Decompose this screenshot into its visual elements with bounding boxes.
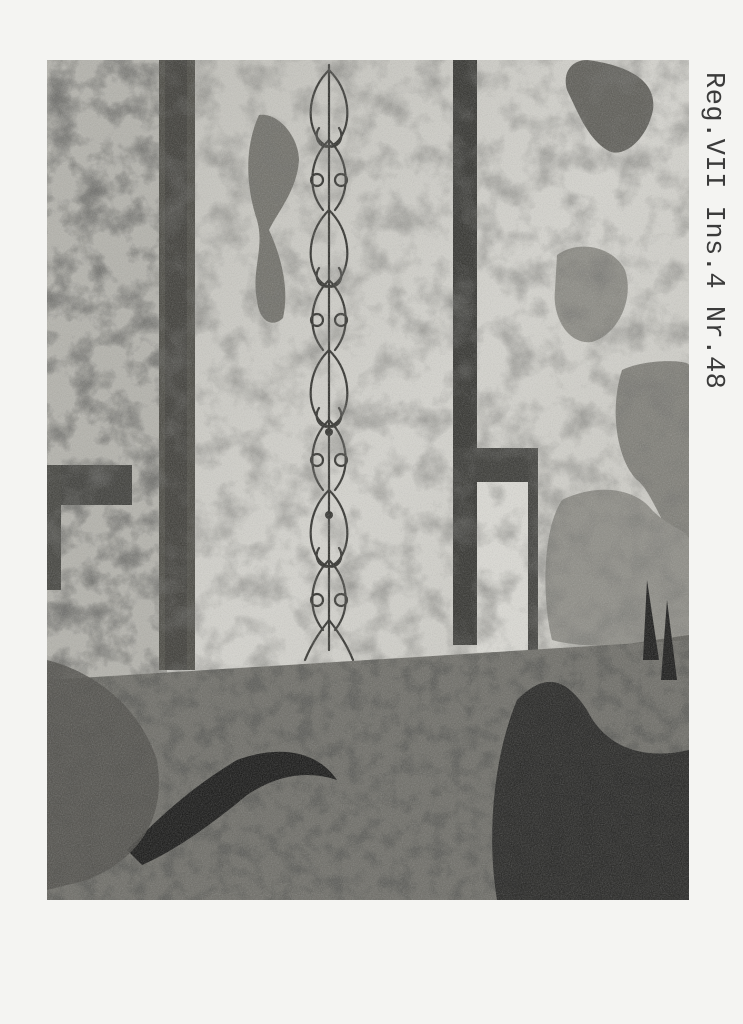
label-text: Reg.VII Ins.4 Nr.48 [699,72,726,389]
photo-mount-card: Reg.VII Ins.4 Nr.48 [0,0,743,1024]
archival-photograph [47,60,689,900]
archive-reference-label: Reg.VII Ins.4 Nr.48 [690,72,730,492]
